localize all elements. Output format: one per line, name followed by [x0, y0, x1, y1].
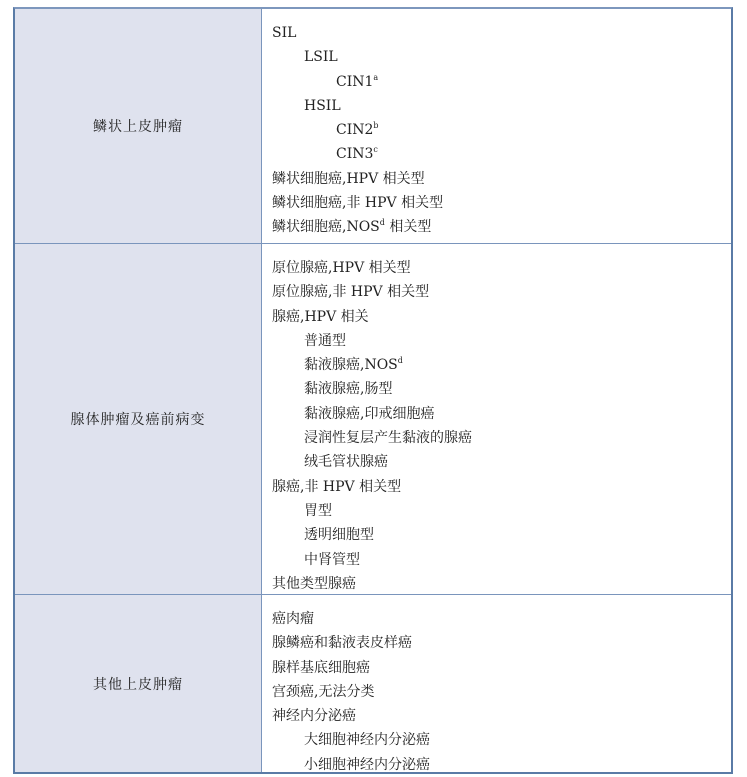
item-text: 透明细胞型 [304, 527, 374, 543]
footnote-marker: c [373, 145, 377, 154]
list-item: 大细胞神经内分泌癌 [272, 728, 721, 752]
items-list: SILLSILCIN1aHSILCIN2bCIN3c鳞状细胞癌,HPV 相关型鳞… [272, 21, 721, 240]
item-text: 腺鳞癌和黏液表皮样癌 [272, 635, 412, 651]
footnote-marker: d [398, 356, 403, 365]
list-item: 腺癌,HPV 相关 [272, 305, 721, 329]
footnote-marker: b [373, 121, 378, 130]
list-item: 原位腺癌,HPV 相关型 [272, 256, 721, 280]
list-item: 鳞状细胞癌,HPV 相关型 [272, 167, 721, 191]
item-text: 中肾管型 [304, 552, 360, 568]
category-cell: 鳞状上皮肿瘤 [15, 9, 262, 243]
item-suffix: 相关型 [385, 219, 431, 235]
item-text: 绒毛管状腺癌 [304, 454, 388, 470]
list-item: CIN2b [272, 118, 721, 142]
item-text: 其他类型腺癌 [272, 576, 356, 592]
item-text: 小细胞神经内分泌癌 [304, 757, 430, 773]
category-cell: 其他上皮肿瘤 [15, 595, 262, 772]
list-item: CIN3c [272, 142, 721, 166]
item-text: 黏液腺癌,NOS [304, 357, 398, 373]
list-item: 绒毛管状腺癌 [272, 450, 721, 474]
item-text: 腺癌,非 HPV 相关型 [272, 479, 401, 495]
footnote-marker: a [373, 73, 378, 82]
list-item: 腺癌,非 HPV 相关型 [272, 475, 721, 499]
list-item: 鳞状细胞癌,非 HPV 相关型 [272, 191, 721, 215]
item-text: 浸润性复层产生黏液的腺癌 [304, 430, 472, 446]
table-row-squamous: 鳞状上皮肿瘤 SILLSILCIN1aHSILCIN2bCIN3c鳞状细胞癌,H… [15, 9, 731, 244]
list-item: 原位腺癌,非 HPV 相关型 [272, 280, 721, 304]
item-text: LSIL [304, 49, 338, 65]
item-text: 原位腺癌,非 HPV 相关型 [272, 284, 429, 300]
item-text: 鳞状细胞癌,HPV 相关型 [272, 171, 425, 187]
list-item: 浸润性复层产生黏液的腺癌 [272, 426, 721, 450]
item-text: HSIL [304, 98, 341, 114]
list-item: 普通型 [272, 329, 721, 353]
item-text: CIN2 [336, 122, 373, 138]
item-text: 大细胞神经内分泌癌 [304, 732, 430, 748]
list-item: 腺样基底细胞癌 [272, 656, 721, 680]
item-text: 宫颈癌,无法分类 [272, 684, 374, 700]
list-item: 宫颈癌,无法分类 [272, 680, 721, 704]
list-item: 黏液腺癌,印戒细胞癌 [272, 402, 721, 426]
classification-table: 鳞状上皮肿瘤 SILLSILCIN1aHSILCIN2bCIN3c鳞状细胞癌,H… [13, 7, 733, 774]
table-row-glandular: 腺体肿瘤及癌前病变 原位腺癌,HPV 相关型原位腺癌,非 HPV 相关型腺癌,H… [15, 244, 731, 595]
item-text: 普通型 [304, 333, 346, 349]
list-item: 神经内分泌癌 [272, 704, 721, 728]
list-item: 鳞状细胞癌,NOSd 相关型 [272, 215, 721, 239]
item-text: CIN3 [336, 146, 373, 162]
list-item: 胃型 [272, 499, 721, 523]
item-text: CIN1 [336, 74, 373, 90]
table-row-other: 其他上皮肿瘤 癌肉瘤腺鳞癌和黏液表皮样癌腺样基底细胞癌宫颈癌,无法分类神经内分泌… [15, 595, 731, 772]
item-text: 原位腺癌,HPV 相关型 [272, 260, 411, 276]
item-text: 神经内分泌癌 [272, 708, 356, 724]
list-item: 黏液腺癌,NOSd [272, 353, 721, 377]
item-text: 鳞状细胞癌,NOS [272, 219, 380, 235]
list-item: 中肾管型 [272, 548, 721, 572]
list-item: SIL [272, 21, 721, 45]
list-item: 黏液腺癌,肠型 [272, 377, 721, 401]
list-item: 小细胞神经内分泌癌 [272, 753, 721, 777]
list-item: CIN1a [272, 70, 721, 94]
item-text: SIL [272, 25, 296, 41]
list-item: 其他类型腺癌 [272, 572, 721, 596]
list-item: LSIL [272, 45, 721, 69]
list-item: 透明细胞型 [272, 523, 721, 547]
item-text: 腺样基底细胞癌 [272, 660, 370, 676]
item-text: 胃型 [304, 503, 332, 519]
list-item: 腺鳞癌和黏液表皮样癌 [272, 631, 721, 655]
item-text: 腺癌,HPV 相关 [272, 309, 369, 325]
item-text: 黏液腺癌,印戒细胞癌 [304, 406, 434, 422]
item-text: 鳞状细胞癌,非 HPV 相关型 [272, 195, 443, 211]
list-item: 癌肉瘤 [272, 607, 721, 631]
items-list: 癌肉瘤腺鳞癌和黏液表皮样癌腺样基底细胞癌宫颈癌,无法分类神经内分泌癌大细胞神经内… [272, 607, 721, 777]
item-text: 癌肉瘤 [272, 611, 314, 627]
category-cell: 腺体肿瘤及癌前病变 [15, 244, 262, 594]
list-item: HSIL [272, 94, 721, 118]
items-list: 原位腺癌,HPV 相关型原位腺癌,非 HPV 相关型腺癌,HPV 相关普通型黏液… [272, 256, 721, 596]
item-text: 黏液腺癌,肠型 [304, 381, 392, 397]
